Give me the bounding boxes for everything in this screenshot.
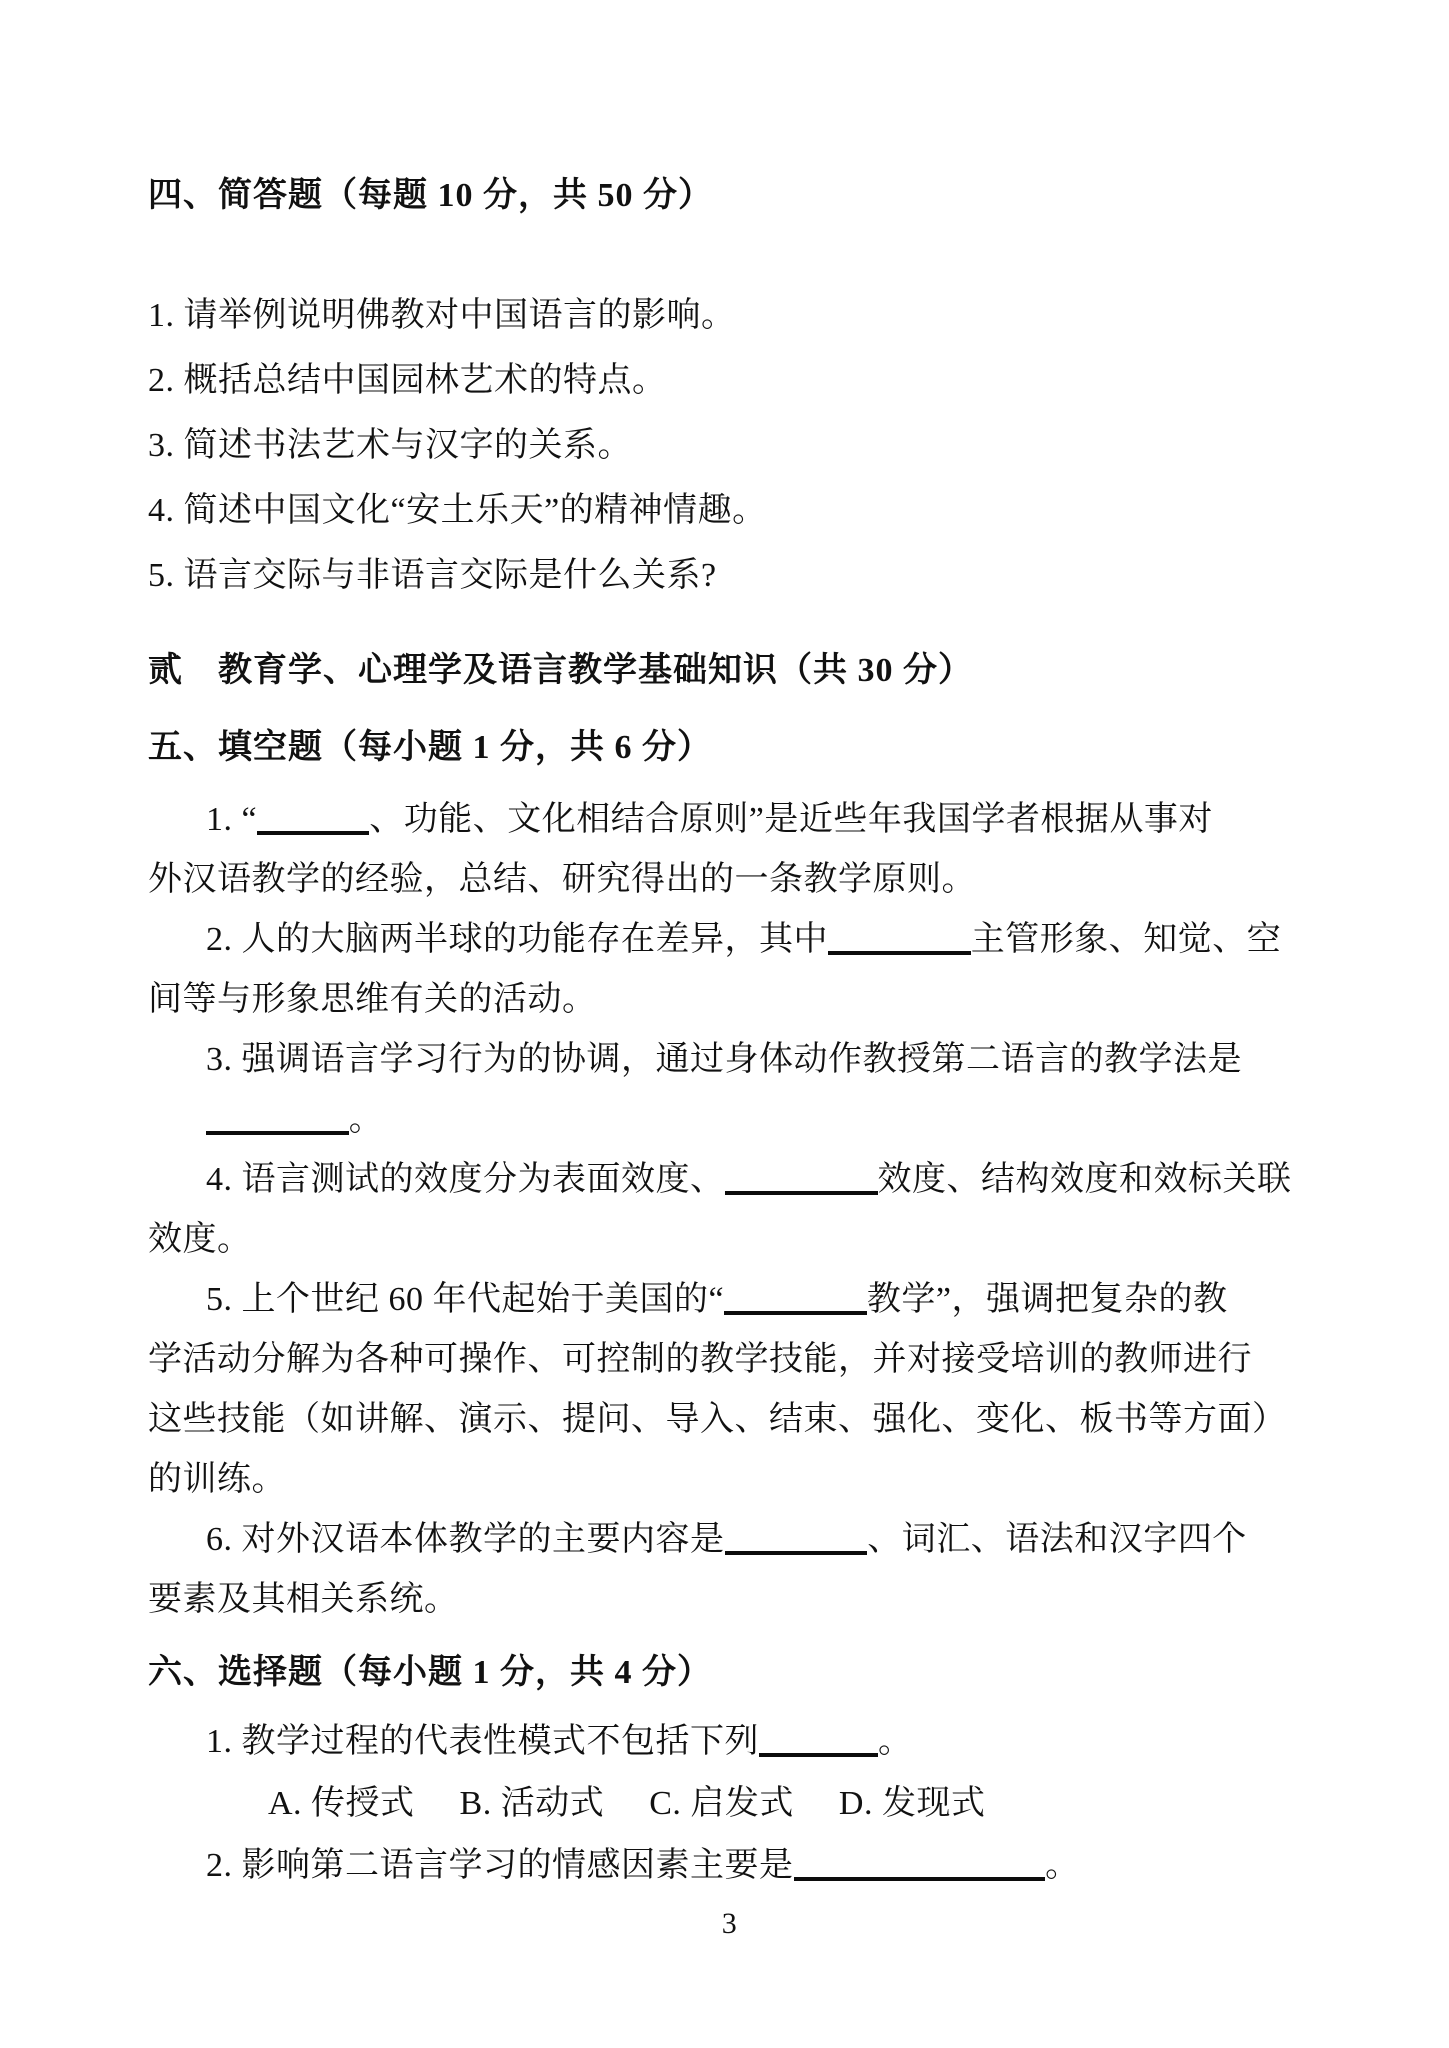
section-heading-choice: 六、选择题（每小题 1 分，共 4 分） (148, 1640, 1311, 1705)
answer-blank (724, 1311, 867, 1315)
short-answer-list: 1. 请举例说明佛教对中国语言的影响。 2. 概括总结中国园林艺术的特点。 3.… (148, 283, 1311, 608)
short-answer-item: 1. 请举例说明佛教对中国语言的影响。 (148, 283, 1311, 348)
answer-blank (206, 1131, 349, 1135)
section-heading-short-answer: 四、简答题（每题 10 分，共 50 分） (148, 163, 1311, 228)
fill-blank-line: 间等与形象思维有关的活动。 (148, 970, 1311, 1030)
fill-blank-line: 学活动分解为各种可操作、可控制的教学技能，并对接受培训的教师进行 (148, 1330, 1311, 1390)
fill-blank-list: 1. “、功能、文化相结合原则”是近些年我国学者根据从事对 外汉语教学的经验，总… (148, 790, 1311, 1630)
answer-blank (725, 1191, 878, 1195)
fill-blank-line: 外汉语教学的经验，总结、研究得出的一条教学原则。 (148, 850, 1311, 910)
fill-blank-line: 要素及其相关系统。 (148, 1570, 1311, 1630)
fill-blank-line: 6. 对外汉语本体教学的主要内容是、词汇、语法和汉字四个 (148, 1510, 1311, 1570)
fill-blank-line: 的训练。 (148, 1450, 1311, 1510)
fill-blank-line: 2. 人的大脑两半球的功能存在差异，其中主管形象、知觉、空 (148, 910, 1311, 970)
fill-blank-line: 这些技能（如讲解、演示、提问、导入、结束、强化、变化、板书等方面） (148, 1390, 1311, 1450)
fill-blank-line: 1. “、功能、文化相结合原则”是近些年我国学者根据从事对 (148, 790, 1311, 850)
fill-blank-line: 。 (148, 1090, 1311, 1150)
answer-blank (828, 951, 971, 955)
short-answer-item: 5. 语言交际与非语言交际是什么关系? (148, 543, 1311, 608)
short-answer-item: 3. 简述书法艺术与汉字的关系。 (148, 413, 1311, 478)
part-heading: 贰 教育学、心理学及语言教学基础知识（共 30 分） (148, 638, 1311, 703)
fill-blank-line: 效度。 (148, 1210, 1311, 1270)
answer-blank (794, 1877, 1046, 1881)
answer-blank (725, 1551, 868, 1555)
section-heading-fill-blank: 五、填空题（每小题 1 分，共 6 分） (148, 715, 1311, 780)
short-answer-item: 2. 概括总结中国园林艺术的特点。 (148, 348, 1311, 413)
answer-blank (257, 831, 369, 835)
choice-question-line: 2. 影响第二语言学习的情感因素主要是。 (148, 1835, 1311, 1897)
fill-blank-line: 5. 上个世纪 60 年代起始于美国的“教学”，强调把复杂的教 (148, 1270, 1311, 1330)
fill-blank-line: 4. 语言测试的效度分为表面效度、效度、结构效度和效标关联 (148, 1150, 1311, 1210)
fill-blank-line: 3. 强调语言学习行为的协调，通过身体动作教授第二语言的教学法是 (148, 1030, 1311, 1090)
choice-question-line: 1. 教学过程的代表性模式不包括下列。 (148, 1711, 1311, 1773)
page-number: 3 (148, 1901, 1311, 1947)
short-answer-item: 4. 简述中国文化“安土乐天”的精神情趣。 (148, 478, 1311, 543)
exam-page: 四、简答题（每题 10 分，共 50 分） 1. 请举例说明佛教对中国语言的影响… (0, 0, 1449, 2048)
answer-blank (759, 1753, 878, 1757)
choice-options-line: A. 传授式 B. 活动式 C. 启发式 D. 发现式 (148, 1773, 1311, 1835)
